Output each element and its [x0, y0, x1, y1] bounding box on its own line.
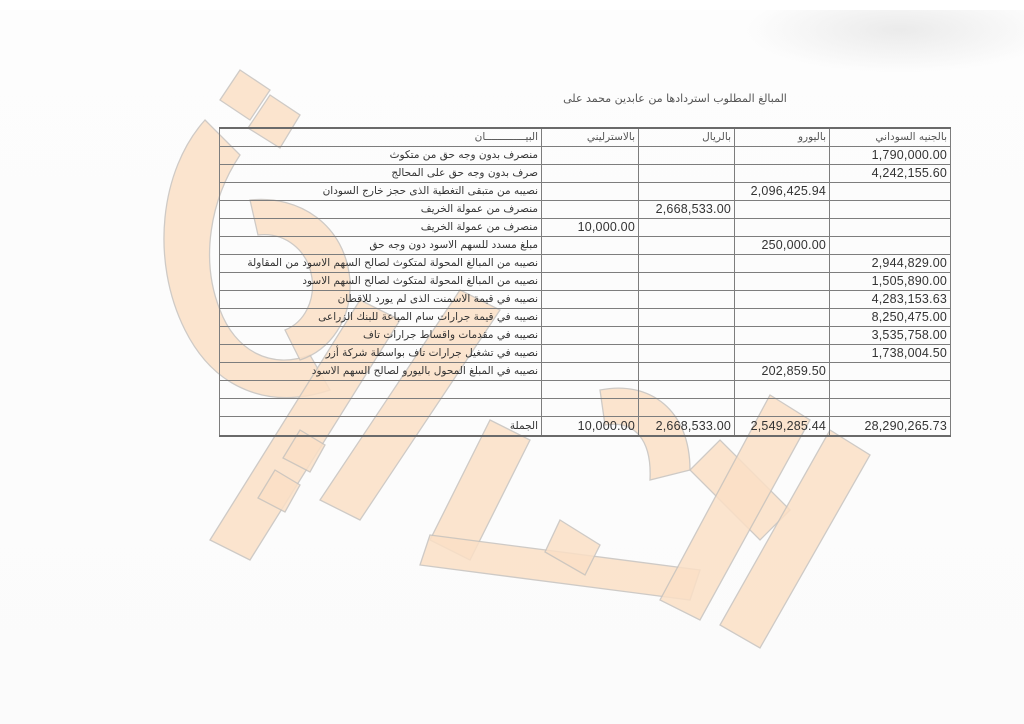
cell-euro — [735, 327, 830, 345]
cell-sterling — [542, 255, 639, 273]
total-riyal: 2,668,533.00 — [639, 417, 735, 437]
cell-euro — [735, 165, 830, 183]
cell-euro: 2,096,425.94 — [735, 183, 830, 201]
cell-sdg: 4,283,153.63 — [830, 291, 951, 309]
cell-sdg: 1,790,000.00 — [830, 147, 951, 165]
cell-riyal — [639, 273, 735, 291]
cell-euro — [735, 273, 830, 291]
cell-riyal — [639, 363, 735, 381]
cell-riyal — [639, 291, 735, 309]
cell-description: نصيبه من متبقى التغطية الذى حجز خارج الس… — [220, 183, 542, 201]
cell-description: منصرف من عمولة الخريف — [220, 219, 542, 237]
cell-description: صرف بدون وجه حق على المحالج — [220, 165, 542, 183]
cell-sterling — [542, 237, 639, 255]
table-row: 202,859.50نصيبه في المبلغ المحول باليورو… — [220, 363, 951, 381]
cell-sterling — [542, 381, 639, 399]
cell-description: نصيبه في المبلغ المحول باليورو لصالح الس… — [220, 363, 542, 381]
cell-sdg: 1,505,890.00 — [830, 273, 951, 291]
cell-sdg: 8,250,475.00 — [830, 309, 951, 327]
recovery-amounts-table: بالجنيه السوداني باليورو بالريال بالاستر… — [219, 127, 951, 437]
cell-riyal: 2,668,533.00 — [639, 201, 735, 219]
cell-euro — [735, 309, 830, 327]
cell-description — [220, 399, 542, 417]
total-sterling: 10,000.00 — [542, 417, 639, 437]
cell-sterling — [542, 201, 639, 219]
cell-riyal — [639, 147, 735, 165]
cell-description: نصيبه في قيمة جرارات سام المباعة للبنك ا… — [220, 309, 542, 327]
cell-euro: 250,000.00 — [735, 237, 830, 255]
total-label: الجملة — [220, 417, 542, 437]
cell-sterling — [542, 399, 639, 417]
total-euro: 2,549,285.44 — [735, 417, 830, 437]
cell-riyal — [639, 183, 735, 201]
cell-euro — [735, 201, 830, 219]
cell-riyal — [639, 381, 735, 399]
cell-sterling — [542, 165, 639, 183]
cell-sdg — [830, 183, 951, 201]
table-row: 1,505,890.00نصيبه من المبالغ المحولة لمت… — [220, 273, 951, 291]
table-row: 2,944,829.00نصيبه من المبالغ المحولة لمت… — [220, 255, 951, 273]
cell-sterling — [542, 147, 639, 165]
table-row: 4,283,153.63نصيبه في قيمة الاسمنت الذى ل… — [220, 291, 951, 309]
cell-sterling — [542, 291, 639, 309]
cell-description: نصيبه في مقدمات واقساط جرارات تاف — [220, 327, 542, 345]
table-row: 8,250,475.00نصيبه في قيمة جرارات سام الم… — [220, 309, 951, 327]
header-description: البيـــــــــــــان — [220, 128, 542, 147]
table-row: 4,242,155.60صرف بدون وجه حق على المحالج — [220, 165, 951, 183]
cell-euro — [735, 147, 830, 165]
cell-sterling — [542, 309, 639, 327]
cell-sdg — [830, 399, 951, 417]
cell-euro — [735, 255, 830, 273]
cell-sdg: 1,738,004.50 — [830, 345, 951, 363]
cell-description: مبلغ مسدد للسهم الاسود دون وجه حق — [220, 237, 542, 255]
cell-description: منصرف بدون وجه حق من متكوث — [220, 147, 542, 165]
table-row: 250,000.00مبلغ مسدد للسهم الاسود دون وجه… — [220, 237, 951, 255]
cell-description — [220, 381, 542, 399]
cell-euro — [735, 219, 830, 237]
table-row: 10,000.00منصرف من عمولة الخريف — [220, 219, 951, 237]
cell-sterling — [542, 345, 639, 363]
page-top-edge — [0, 0, 1024, 10]
table-row — [220, 399, 951, 417]
cell-sterling — [542, 327, 639, 345]
table-header-row: بالجنيه السوداني باليورو بالريال بالاستر… — [220, 128, 951, 147]
cell-sdg — [830, 381, 951, 399]
cell-description: نصيبه في قيمة الاسمنت الذى لم يورد للاقط… — [220, 291, 542, 309]
table-row — [220, 381, 951, 399]
cell-euro — [735, 399, 830, 417]
cell-euro — [735, 291, 830, 309]
cell-sdg: 4,242,155.60 — [830, 165, 951, 183]
cell-sterling — [542, 363, 639, 381]
cell-euro — [735, 381, 830, 399]
cell-riyal — [639, 219, 735, 237]
cell-riyal — [639, 399, 735, 417]
header-sdg: بالجنيه السوداني — [830, 128, 951, 147]
cell-description: نصيبه من المبالغ المحولة لمتكوث لصالح ال… — [220, 255, 542, 273]
cell-sterling — [542, 273, 639, 291]
cell-sterling — [542, 183, 639, 201]
cell-description: نصيبه في تشغيل جرارات تاف بواسطة شركة أز… — [220, 345, 542, 363]
cell-euro: 202,859.50 — [735, 363, 830, 381]
table-row: 2,096,425.94نصيبه من متبقى التغطية الذى … — [220, 183, 951, 201]
table-row: 3,535,758.00نصيبه في مقدمات واقساط جرارا… — [220, 327, 951, 345]
cell-sdg: 3,535,758.00 — [830, 327, 951, 345]
cell-sdg — [830, 237, 951, 255]
cell-sdg: 2,944,829.00 — [830, 255, 951, 273]
cell-description: منصرف من عمولة الخريف — [220, 201, 542, 219]
header-sterling: بالاسترليني — [542, 128, 639, 147]
cell-sterling: 10,000.00 — [542, 219, 639, 237]
cell-riyal — [639, 255, 735, 273]
cell-riyal — [639, 345, 735, 363]
table-row: 1,738,004.50نصيبه في تشغيل جرارات تاف بو… — [220, 345, 951, 363]
header-euro: باليورو — [735, 128, 830, 147]
table-row: 1,790,000.00منصرف بدون وجه حق من متكوث — [220, 147, 951, 165]
total-sdg: 28,290,265.73 — [830, 417, 951, 437]
cell-riyal — [639, 237, 735, 255]
table-total-row: 28,290,265.732,549,285.442,668,533.0010,… — [220, 417, 951, 437]
header-riyal: بالريال — [639, 128, 735, 147]
cell-riyal — [639, 165, 735, 183]
table-row: 2,668,533.00منصرف من عمولة الخريف — [220, 201, 951, 219]
cell-description: نصيبه من المبالغ المحولة لمتكوث لصالح ال… — [220, 273, 542, 291]
cell-euro — [735, 345, 830, 363]
cell-sdg — [830, 363, 951, 381]
document-title: المبالغ المطلوب استردادها من عابدين محمد… — [560, 92, 790, 105]
cell-sdg — [830, 219, 951, 237]
cell-riyal — [639, 327, 735, 345]
cell-riyal — [639, 309, 735, 327]
cell-sdg — [830, 201, 951, 219]
